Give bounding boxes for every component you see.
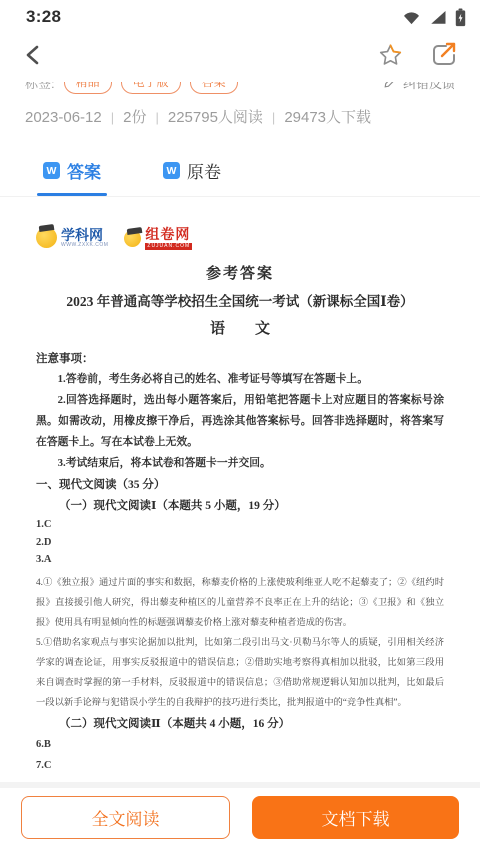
section-heading: 一、现代文阅读（35 分） [36, 475, 444, 495]
doc-title-exam: 2023 年普通高等学校招生全国统一考试（新课标全国Ⅰ卷） [36, 289, 444, 314]
tab-answers[interactable]: W 答案 [37, 157, 107, 196]
tags-row: 标签: 精品 电子版 答案 纠错反馈 [0, 82, 480, 97]
error-feedback-button[interactable]: 纠错反馈 [384, 82, 455, 92]
tag-pill[interactable]: 精品 [64, 82, 112, 94]
nav-bar [0, 30, 480, 82]
battery-charging-icon [455, 8, 466, 27]
meta-date: 2023-06-12 [25, 109, 102, 126]
wifi-icon [402, 9, 421, 25]
doc-title-reference-answers: 参考答案 [36, 263, 444, 286]
xuekewang-logo-text: 学科网 [61, 228, 108, 242]
answer-line: 6.B [36, 734, 444, 755]
answer-line: 3.A [36, 551, 444, 569]
cellular-signal-icon [429, 9, 447, 25]
favorite-button[interactable] [377, 42, 404, 71]
note-item: 2.回答选择题时，选出每小题答案后，用铅笔把答题卡上对应题目的答案标号涂黑。如需… [36, 390, 444, 453]
bottom-action-bar: 全文阅读 文档下载 [0, 782, 480, 852]
read-full-text-button[interactable]: 全文阅读 [21, 796, 230, 839]
meta-separator: | [111, 110, 114, 125]
status-icons [402, 8, 466, 27]
tab-original-paper-label: 原卷 [187, 158, 221, 183]
word-doc-icon: W [163, 162, 180, 179]
meta-separator: | [272, 110, 275, 125]
subsection-heading: （二）现代文阅读Ⅱ（本题共 4 小题，16 分） [36, 714, 444, 734]
meta-copies: 2份 [123, 109, 146, 126]
answer-paragraph: 5.①借助名家观点与事实论据加以批判，比如第二段引出马文·贝勒马尔等人的质疑，引… [36, 633, 444, 713]
error-feedback-label: 纠错反馈 [403, 82, 455, 92]
zujuanwang-logo-url: ZUJUAN.COM [145, 243, 192, 250]
edit-icon [384, 82, 398, 91]
meta-reads: 225795人阅读 [168, 109, 263, 126]
meta-separator: | [155, 110, 158, 125]
doc-title-subject: 语 文 [36, 317, 444, 342]
share-icon [430, 42, 458, 71]
clock-time: 3:28 [26, 7, 61, 27]
status-bar: 3:28 [0, 0, 480, 30]
tab-original-paper[interactable]: W 原卷 [157, 157, 227, 196]
star-icon [377, 42, 404, 71]
xuekewang-logo-url: WWW.ZXXK.COM [61, 243, 108, 248]
notes-heading: 注意事项： [36, 349, 444, 369]
answer-line: 7.C [36, 755, 444, 772]
answer-paragraph: 4.①《独立报》通过片面的事实和数据，称藜麦价格的上涨使玻利维亚人吃不起藜麦了；… [36, 573, 444, 633]
zujuanwang-logo-text: 组卷网 [145, 227, 192, 241]
tag-pill[interactable]: 答案 [190, 82, 238, 94]
download-document-button[interactable]: 文档下载 [252, 796, 459, 839]
document-meta: 2023-06-12|2份|225795人阅读|29473人下载 [0, 97, 480, 137]
meta-downloads: 29473人下载 [284, 109, 371, 126]
note-item: 3.考试结束后，将本试卷和答题卡一并交回。 [36, 453, 444, 474]
tag-pill[interactable]: 电子版 [121, 82, 181, 94]
zujuanwang-mascot-icon [124, 230, 141, 247]
back-chevron-icon [22, 43, 44, 70]
zujuanwang-logo: 组卷网 ZUJUAN.COM [124, 227, 192, 250]
back-button[interactable] [22, 43, 44, 70]
word-doc-icon: W [43, 162, 60, 179]
watermark-logos: 学科网 WWW.ZXXK.COM 组卷网 ZUJUAN.COM [36, 227, 444, 257]
note-item: 1.答卷前，考生务必将自己的姓名、准考证号等填写在答题卡上。 [36, 369, 444, 390]
xuekewang-logo: 学科网 WWW.ZXXK.COM [36, 227, 108, 248]
tab-answers-label: 答案 [67, 158, 101, 183]
tags-label: 标签: [25, 82, 55, 92]
tab-bar: W 答案 W 原卷 [0, 137, 480, 197]
document-preview[interactable]: 学科网 WWW.ZXXK.COM 组卷网 ZUJUAN.COM 参考答案 202… [0, 197, 480, 771]
answer-line: 2.D [36, 534, 444, 552]
share-button[interactable] [430, 42, 458, 71]
answer-line: 1.C [36, 516, 444, 534]
subsection-heading: （一）现代文阅读Ⅰ（本题共 5 小题，19 分） [36, 496, 444, 516]
xuekewang-mascot-icon [36, 227, 57, 248]
